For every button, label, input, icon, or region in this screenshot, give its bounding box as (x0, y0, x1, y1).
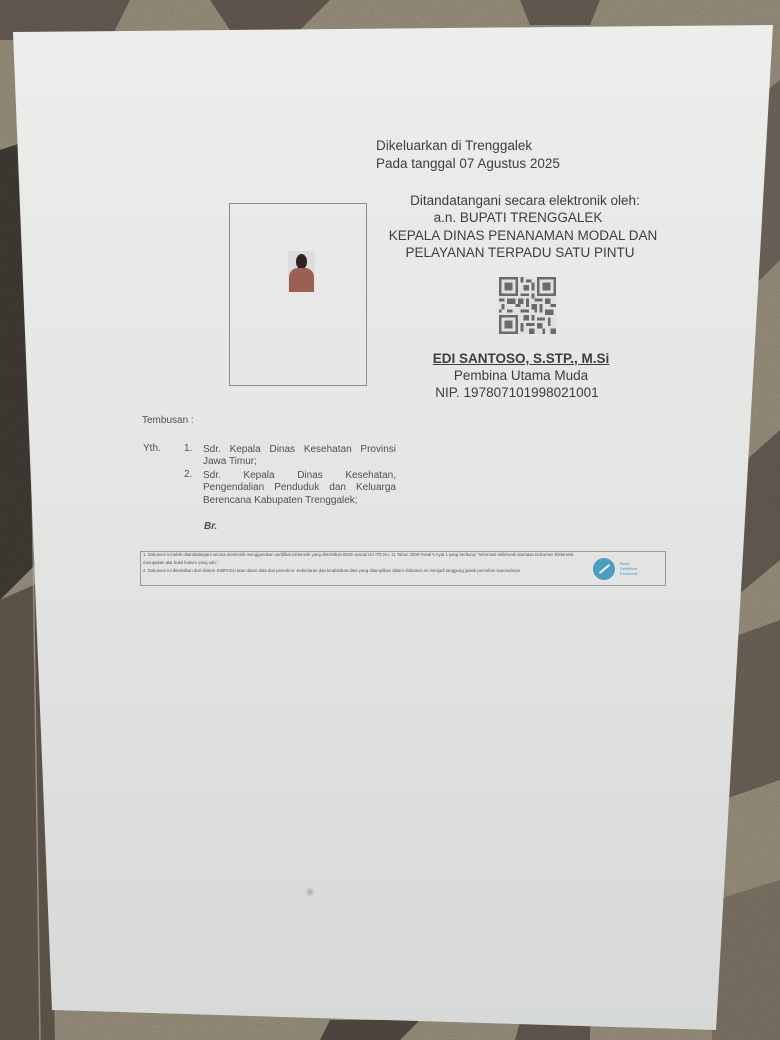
signer-name: EDI SANTOSO, S.STP., M.Si (410, 350, 632, 368)
bsre-logo-icon (593, 558, 615, 580)
tembusan-item: Sdr. Kepala Dinas Kesehatan, Pengendalia… (203, 470, 396, 507)
qr-code-icon (499, 277, 556, 334)
tembusan-label: Tembusan : (142, 415, 194, 428)
on-behalf-line: a.n. BUPATI TRENGGALEK (370, 209, 666, 227)
bsre-logo-text: Balai Sertifikasi Elektronik (620, 561, 638, 576)
issued-place: Dikeluarkan di Trenggalek (376, 137, 532, 155)
footer-note: 1. Dokumen ini telah ditandatangani seca… (143, 551, 583, 567)
tembusan-prefix: Yth. (143, 443, 161, 456)
footer-note: 2. Dokumen ini diterbitkan dari Sistem S… (143, 567, 583, 575)
office-line-1: KEPALA DINAS PENANAMAN MODAL DAN (370, 227, 676, 245)
tembusan-item: Sdr. Kepala Dinas Kesehatan Provinsi Jaw… (203, 444, 396, 469)
signed-by-label: Ditandatangani secara elektronik oleh: (370, 192, 680, 210)
applicant-photo (288, 251, 315, 292)
issued-date: Pada tanggal 07 Agustus 2025 (376, 155, 560, 173)
tembusan-closing: Br. (204, 521, 217, 534)
photo-body (289, 268, 314, 292)
photo-head (296, 254, 307, 269)
signer-rank: Pembina Utama Muda (410, 367, 632, 385)
office-line-2: PELAYANAN TERPADU SATU PINTU (370, 244, 670, 262)
signer-nip: NIP. 197807101998021001 (406, 384, 628, 402)
photo-frame (229, 203, 367, 386)
tembusan-item-number: 1. (184, 443, 192, 454)
footer-notice-text: 1. Dokumen ini telah ditandatangani seca… (143, 551, 583, 585)
paper-speck (307, 889, 313, 895)
tembusan-item-number: 2. (184, 469, 192, 480)
